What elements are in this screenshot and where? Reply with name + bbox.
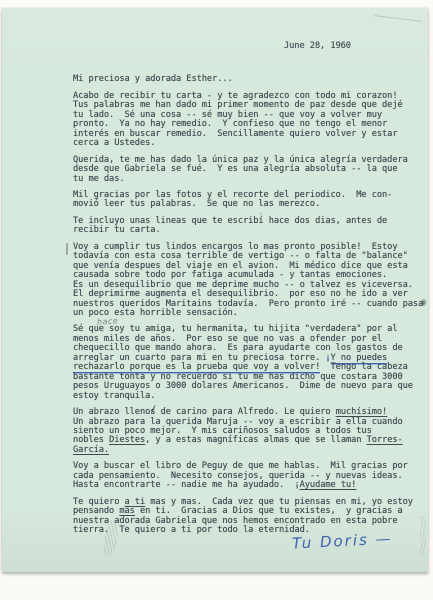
text-segment: Hasta encontrarte -- nadie me ha ayudado…: [73, 480, 300, 490]
text-segment: s: [150, 407, 155, 417]
letter-line: un poco esta horrible sensación.: [73, 309, 424, 318]
text-segment: cerca a Ustedes.: [73, 138, 155, 148]
letter-salutation: Mi preciosa y adorada Esther...: [73, 75, 424, 84]
letter-line: cerca a Ustedes.: [73, 139, 424, 148]
text-segment: movió leer tus palabras. Se que no las m…: [73, 199, 320, 209]
letter-line: Hasta encontrarte -- nadie me ha ayudado…: [73, 481, 424, 490]
pencil-margin-mark: [66, 243, 68, 255]
paragraph: Querida, te me has dado la única paz y l…: [73, 156, 424, 184]
paragraph: Un abrazo llenos de carino para Alfredo.…: [73, 408, 424, 455]
paragraph: Acabo de recibir tu carta - y te agradez…: [73, 92, 424, 149]
text-segment: Diestes: [109, 435, 145, 445]
letter-line: nobles Diestes, y a estas magníficas alm…: [73, 436, 424, 445]
paragraph: Sé que soy tu amiga, tu hermanita, tu hi…: [73, 325, 424, 401]
letter-content: June 28, 1960 Mi preciosa y adorada Esth…: [2, 8, 428, 542]
text-segment: un poco esta horrible sensación.: [73, 308, 238, 318]
paragraph: Te incluyo unas lineas que te escribí ha…: [73, 217, 424, 236]
pencil-smudge: [420, 516, 426, 556]
letter-line: recibir tu carta.: [73, 226, 424, 235]
text-segment: , y a estas magníficas almas que se llam…: [145, 435, 366, 445]
paragraph: Mil gracias por las fotos y el recorte d…: [73, 191, 424, 210]
letter-line: García.: [73, 446, 424, 455]
text-segment: Torres-: [367, 435, 403, 445]
text-segment: Ayudame tu!: [300, 480, 357, 490]
letter-date: June 28, 1960: [284, 42, 424, 51]
handwritten-signature: Tu Doris —: [292, 529, 393, 552]
letter-line: desde que Gabriela se fué. Y es una aleg…: [73, 165, 424, 174]
paragraph: Voy a buscar el libro de Peguy de que me…: [73, 462, 424, 490]
ink-smudge: [420, 298, 427, 307]
letter-paragraphs: Acabo de recibir tu carta - y te agradez…: [73, 92, 424, 536]
text-segment: García.: [73, 445, 109, 455]
text-segment: estoy tranquila.: [73, 391, 155, 401]
text-segment: recibir tu carta.: [73, 225, 161, 235]
letter-paper: June 28, 1960 Mi preciosa y adorada Esth…: [2, 8, 428, 572]
letter-line: tu me das.: [73, 175, 424, 184]
letter-line: movió leer tus palabras. Se que no las m…: [73, 200, 424, 209]
text-segment: escribí: [228, 216, 264, 226]
letter-line: estoy tranquila.: [73, 392, 424, 401]
text-segment: hace dos dias, antes de: [264, 216, 388, 226]
text-segment: tu me das.: [73, 174, 125, 184]
letter-scan: { "colors": { "paper": "#d7e8dc", "typed…: [0, 0, 433, 600]
paragraph: Voy a cumplir tus lindos encargos lo mas…: [73, 243, 424, 319]
